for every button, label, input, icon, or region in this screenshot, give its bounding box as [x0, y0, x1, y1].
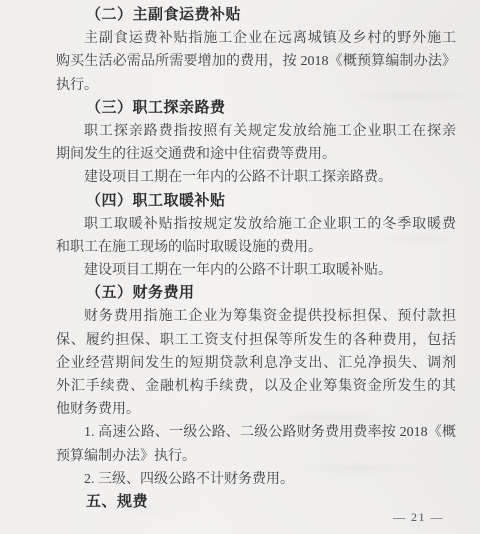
paragraph-line: 职工探亲路费指按照有关规定发放给施工企业职工在探亲: [56, 120, 456, 143]
paragraph-line: 主副食运费补贴指施工企业在远离城镇及乡村的野外施工: [56, 27, 456, 50]
paragraph-line: 建设项目工期在一年内的公路不计职工取暖补贴。: [56, 259, 456, 282]
paragraph-line: 执行。: [56, 74, 456, 97]
paragraph-line: 保、履约担保、职工工资支付担保等所发生的各种费用，包括: [56, 329, 456, 352]
paragraph-line: 他财务费用。: [56, 398, 456, 421]
document-body: （二）主副食运费补贴 主副食运费补贴指施工企业在远离城镇及乡村的野外施工 购买生…: [56, 4, 456, 514]
paragraph-line: 外汇手续费、金融机构手续费，以及企业筹集资金所发生的其: [56, 375, 456, 398]
numbered-item-line: 2. 三级、四级公路不计财务费用。: [56, 468, 456, 491]
numbered-item-line: 1. 高速公路、一级公路、二级公路财务费用费率按 2018《概: [56, 421, 456, 444]
section-heading-family-visit-travel: （三）职工探亲路费: [56, 97, 456, 120]
section-heading-financial-expenses: （五）财务费用: [56, 282, 456, 305]
section-heading-food-transport-subsidy: （二）主副食运费补贴: [56, 4, 456, 27]
paragraph-line: 购买生活必需品所需要增加的费用，按 2018《概预算编制办法》: [56, 50, 456, 73]
section-heading-heating-subsidy: （四）职工取暖补贴: [56, 190, 456, 213]
paragraph-line: 期间发生的往返交通费和途中住宿费等费用。: [56, 143, 456, 166]
paragraph-line: 财务费用指施工企业为筹集资金提供投标担保、预付款担: [56, 305, 456, 328]
paragraph-line: 预算编制办法》执行。: [56, 445, 456, 468]
page-number: — 21 —: [393, 510, 444, 525]
paragraph-line: 职工取暖补贴指按规定发放给施工企业职工的冬季取暖费: [56, 213, 456, 236]
paragraph-line: 企业经营期间发生的短期贷款利息净支出、汇兑净损失、调剂: [56, 352, 456, 375]
paragraph-line: 建设项目工期在一年内的公路不计职工探亲路费。: [56, 166, 456, 189]
scanned-document-page: （二）主副食运费补贴 主副食运费补贴指施工企业在远离城镇及乡村的野外施工 购买生…: [0, 0, 480, 534]
paragraph-line: 和职工在施工现场的临时取暖设施的费用。: [56, 236, 456, 259]
